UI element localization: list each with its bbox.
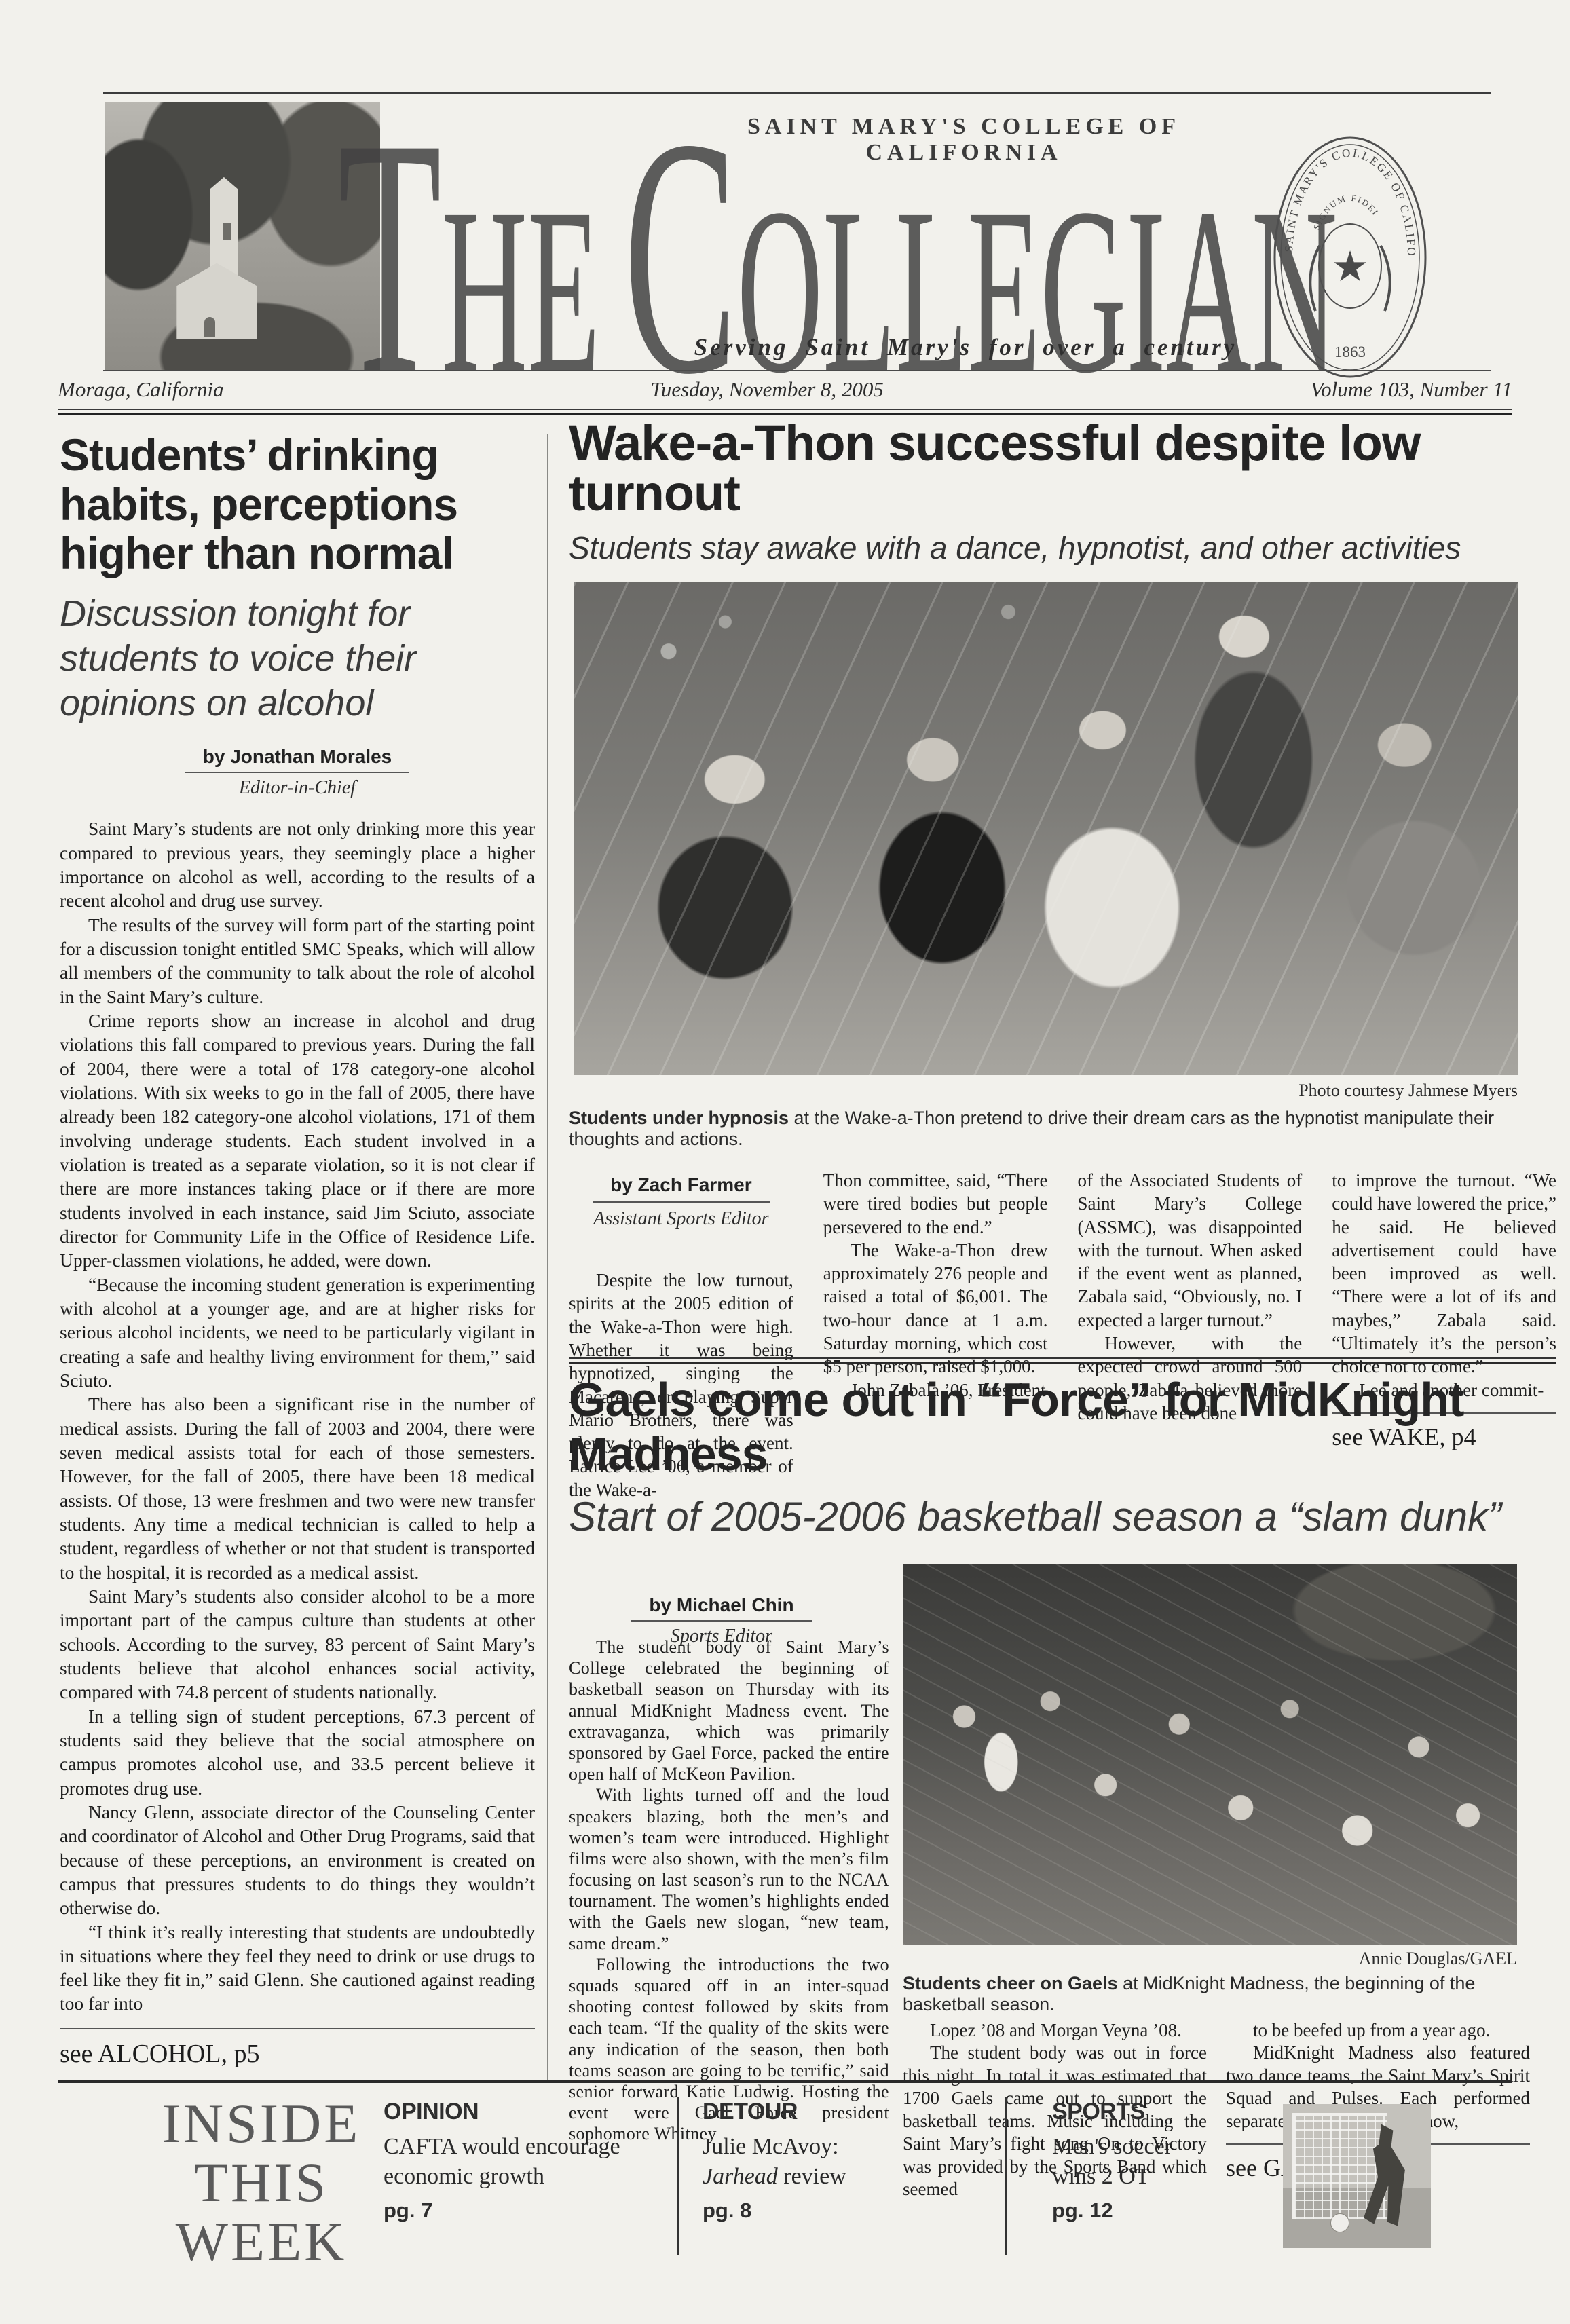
- newspaper-front-page: SAINT MARY'S COLLEGE OF CALIFORNIA TheCo…: [0, 0, 1570, 2324]
- seal-motto: SIGNUM FIDEI: [1311, 193, 1381, 231]
- sports-teaser: Men's soccer wins 2 OT: [1052, 2132, 1276, 2192]
- lead-byline: by Jonathan Morales Editor-in-Chief: [60, 746, 535, 799]
- lead-paragraph: Saint Mary’s students also consider alco…: [60, 1584, 535, 1704]
- lead-paragraph: Saint Mary’s students are not only drink…: [60, 817, 535, 912]
- inside-this-week: INSIDE THIS WEEK OPINION CAFTA would enc…: [58, 2092, 1512, 2316]
- gaels-paragraph: Lopez ’08 and Morgan Veyna ’08.: [903, 2019, 1207, 2042]
- college-seal: SAINT MARY'S COLLEGE OF CALIFORNIA SIGNU…: [1271, 133, 1429, 381]
- detour-teaser-line: Jarhead review: [703, 2162, 988, 2192]
- gaels-column-1: The student body of Saint Mary’s College…: [569, 1636, 889, 2145]
- wake-paragraph: of the Associated Students of Saint Mary…: [1078, 1169, 1303, 1332]
- gaels-paragraph: The student body of Saint Mary’s College…: [569, 1636, 889, 1784]
- wake-photo-credit: Photo courtesy Jahmese Myers: [569, 1081, 1518, 1101]
- opinion-label: OPINION: [384, 2099, 669, 2125]
- sports-teaser-line: Men's soccer: [1052, 2132, 1276, 2162]
- lead-paragraph: The results of the survey will form part…: [60, 913, 535, 1009]
- lead-paragraph: “I think it’s really interesting that st…: [60, 1920, 535, 2016]
- wake-subhead: Students stay awake with a dance, hypnot…: [569, 529, 1556, 566]
- gaels-byline-name: by Michael Chin: [631, 1594, 811, 1622]
- dateline-city: Moraga, California: [58, 377, 224, 402]
- detour-teaser-rest: review: [778, 2164, 846, 2189]
- dateline-volume: Volume 103, Number 11: [1311, 377, 1512, 402]
- lead-body: Saint Mary’s students are not only drink…: [60, 817, 535, 2015]
- lead-subhead: Discussion tonight for students to voice…: [60, 592, 535, 726]
- chapel-door: [204, 317, 215, 337]
- detour-label: DETOUR: [703, 2099, 988, 2125]
- wake-paragraph: Thon committee, said, “There were tired …: [823, 1169, 1048, 1239]
- bottom-heavy-rule: [58, 2080, 1512, 2083]
- opinion-teaser: CAFTA would encourage economic growth: [384, 2132, 669, 2192]
- gaels-paragraph: to be beefed up from a year ago.: [1226, 2019, 1530, 2042]
- sports-page-ref: pg. 12: [1052, 2198, 1276, 2223]
- lead-paragraph: In a telling sign of student perceptions…: [60, 1704, 535, 1800]
- inside-section-opinion: OPINION CAFTA would encourage economic g…: [384, 2099, 669, 2223]
- detour-teaser-line: Julie McAvoy:: [703, 2132, 988, 2162]
- wake-photo: [574, 582, 1518, 1075]
- gaels-headline: Gaels come out in “Force” for MidKnight …: [569, 1372, 1556, 1481]
- lead-jump-line: see ALCOHOL, p5: [60, 2028, 535, 2069]
- lead-paragraph: There has also been a significant rise i…: [60, 1392, 535, 1584]
- svg-text:SIGNUM FIDEI: SIGNUM FIDEI: [1311, 193, 1381, 231]
- lead-headline: Students’ drinking habits, perceptions h…: [60, 430, 535, 578]
- inside-divider: [677, 2097, 679, 2255]
- masthead-tagline: Serving Saint Mary's for over a century: [682, 334, 1249, 361]
- gaels-caption-lead-in: Students cheer on Gaels: [903, 1973, 1118, 1993]
- wake-paragraph: to improve the turnout. “We could have l…: [1332, 1169, 1556, 1379]
- gaels-photo-caption: Students cheer on Gaels at MidKnight Mad…: [903, 1973, 1534, 2015]
- opinion-teaser-line: economic growth: [384, 2162, 669, 2192]
- lead-paragraph: Crime reports show an increase in alcoho…: [60, 1009, 535, 1273]
- wake-photo-caption: Students under hypnosis at the Wake-a-Th…: [569, 1108, 1546, 1150]
- wake-byline-name: by Zach Farmer: [593, 1173, 770, 1203]
- inside-title-line: INSIDE: [139, 2095, 384, 2154]
- inside-title-line: WEEK: [139, 2213, 384, 2272]
- lead-byline-title: Editor-in-Chief: [60, 777, 535, 799]
- opinion-teaser-line: CAFTA would encourage: [384, 2132, 669, 2162]
- detour-movie-title: Jarhead: [703, 2164, 778, 2189]
- lead-byline-name: by Jonathan Morales: [185, 746, 410, 773]
- gaels-body: by Michael Chin Sports Editor Annie Doug…: [569, 1550, 1556, 2160]
- gaels-photo: [903, 1564, 1517, 1945]
- wake-byline-title: Assistant Sports Editor: [569, 1207, 793, 1231]
- column-divider: [547, 434, 548, 2080]
- lead-paragraph: “Because the incoming student generation…: [60, 1273, 535, 1393]
- dateline-date: Tuesday, November 8, 2005: [650, 377, 884, 402]
- inside-section-sports: SPORTS Men's soccer wins 2 OT pg. 12: [1052, 2099, 1276, 2223]
- gaels-paragraph: With lights turned off and the loud spea…: [569, 1784, 889, 1954]
- section-divider-rule: [569, 1357, 1556, 1364]
- inside-title: INSIDE THIS WEEK: [139, 2095, 384, 2272]
- inside-divider: [1005, 2097, 1007, 2255]
- inside-title-line: THIS: [139, 2154, 384, 2213]
- chapel-building: [176, 263, 257, 339]
- dateline: Moraga, California Tuesday, November 8, …: [58, 377, 1512, 402]
- article-drinking-habits: Students’ drinking habits, perceptions h…: [60, 430, 535, 2069]
- title-word-the: The: [338, 87, 600, 426]
- article-midknight-madness: Gaels come out in “Force” for MidKnight …: [569, 1372, 1556, 2160]
- tower-window: [223, 223, 231, 240]
- detour-teaser: Julie McAvoy: Jarhead review: [703, 2132, 988, 2192]
- soccer-ball: [1330, 2213, 1349, 2232]
- detour-page-ref: pg. 8: [703, 2198, 988, 2223]
- masthead-bottom-rule: [103, 370, 1491, 371]
- opinion-page-ref: pg. 7: [384, 2198, 669, 2223]
- sports-label: SPORTS: [1052, 2099, 1276, 2125]
- sports-teaser-line: wins 2 OT: [1052, 2162, 1276, 2192]
- wake-caption-lead-in: Students under hypnosis: [569, 1108, 789, 1128]
- wake-headline: Wake-a-Thon successful despite low turno…: [569, 418, 1556, 519]
- wake-byline: by Zach Farmer Assistant Sports Editor: [569, 1173, 793, 1231]
- title-word-collegian: Collegian: [624, 87, 1337, 426]
- gaels-subhead: Start of 2005-2006 basketball season a “…: [569, 1493, 1556, 1540]
- seal-star-icon: ★: [1331, 244, 1369, 290]
- seal-year: 1863: [1334, 343, 1366, 360]
- article-wake-a-thon: Wake-a-Thon successful despite low turno…: [569, 418, 1556, 1501]
- inside-section-detour: DETOUR Julie McAvoy: Jarhead review pg. …: [703, 2099, 988, 2223]
- soccer-photo: [1283, 2104, 1431, 2248]
- gaels-photo-credit: Annie Douglas/GAEL: [903, 1949, 1517, 1969]
- lead-paragraph: Nancy Glenn, associate director of the C…: [60, 1800, 535, 1920]
